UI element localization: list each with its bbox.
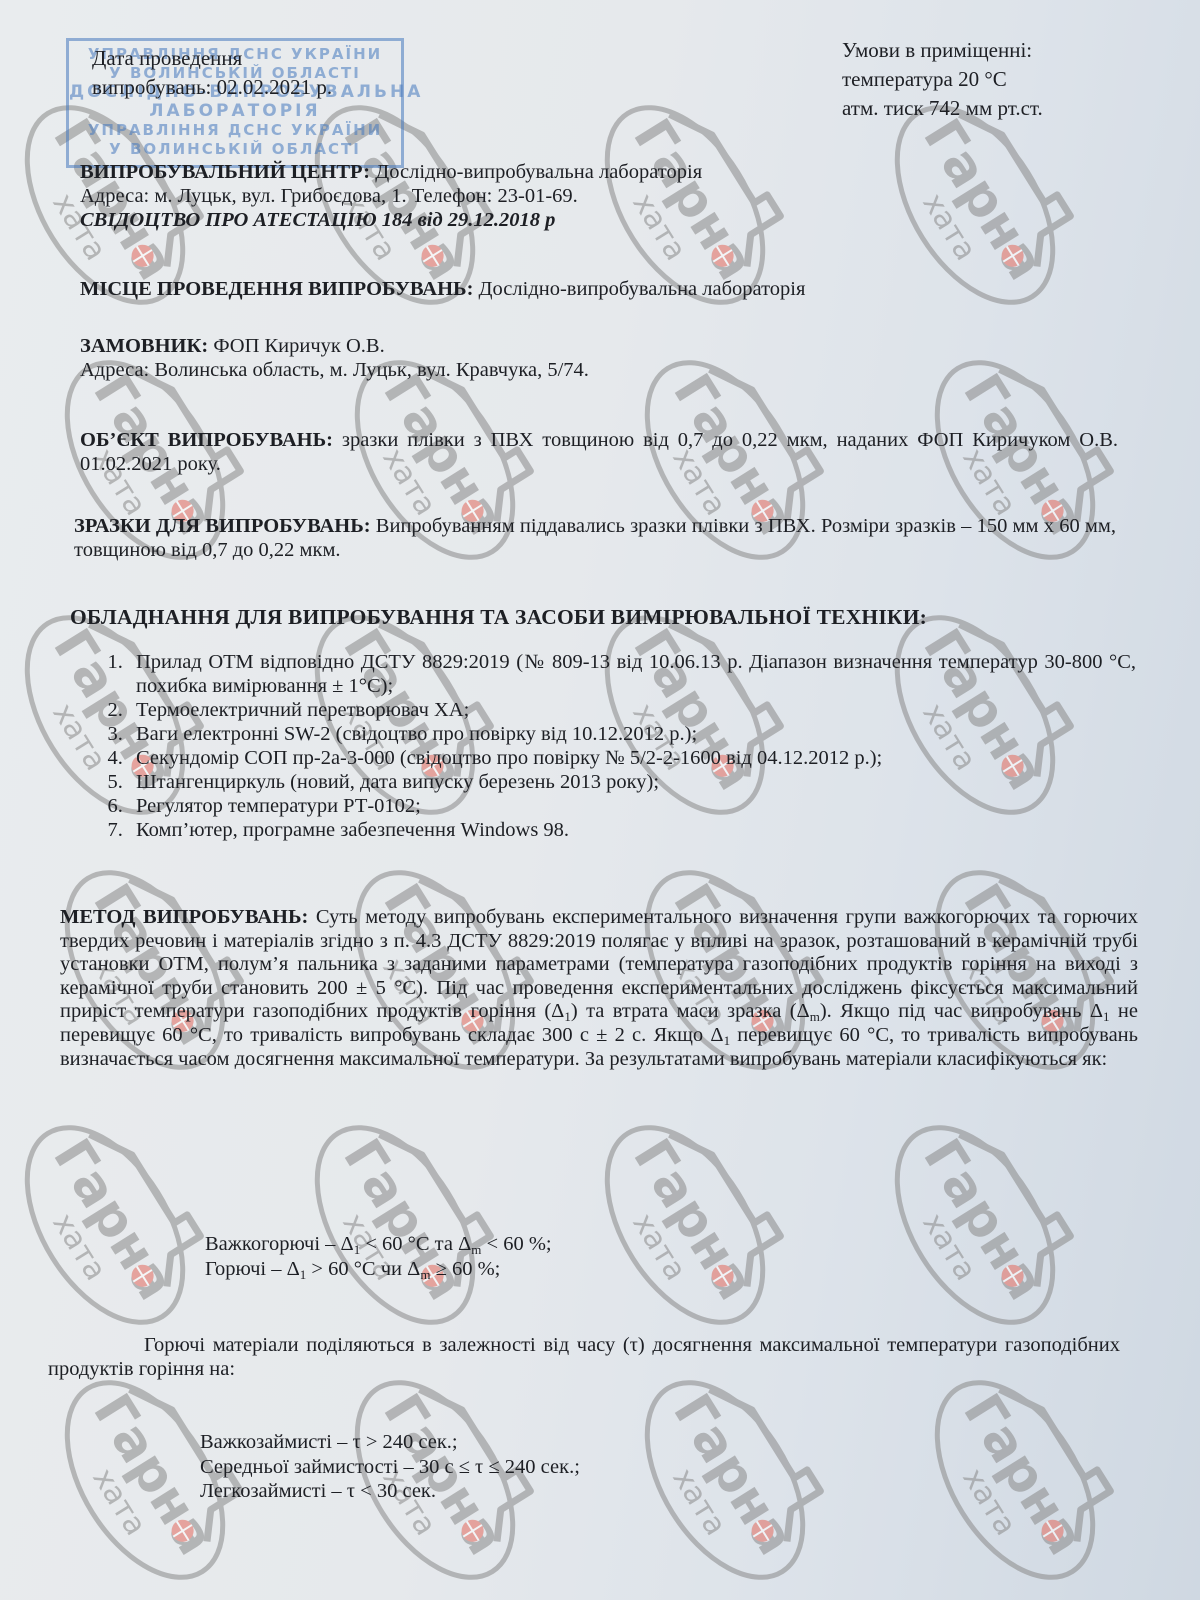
- conditions-pressure: атм. тиск 742 мм рт.ст.: [842, 94, 1043, 123]
- stamp-line: УПРАВЛІННЯ ДСНС УКРАЇНИ: [69, 121, 401, 140]
- test-place-label: МІСЦЕ ПРОВЕДЕННЯ ВИПРОБУВАНЬ:: [80, 278, 473, 300]
- customer-address: Адреса: Волинська область, м. Луцьк, вул…: [80, 358, 1118, 382]
- test-object-label: ОБ’ЄКТ ВИПРОБУВАНЬ:: [80, 429, 333, 451]
- flammability-item: Легкозаймисті – τ < 30 сек.: [200, 1479, 580, 1504]
- subscript: m: [810, 1009, 820, 1024]
- document-page: ГарнахатаГарнахатаГарнахатаГарнахатаГарн…: [0, 0, 1200, 1600]
- subscript: m: [420, 1267, 430, 1282]
- subscript: m: [471, 1242, 481, 1257]
- customer-value: ФОП Киричук О.В.: [208, 335, 385, 357]
- class-text: ≥ 60 %;: [430, 1258, 500, 1280]
- class-text: Горючі – Δ: [205, 1258, 300, 1280]
- flammability-intro: Горючі матеріали поділяються в залежност…: [48, 1333, 1120, 1381]
- samples-section: ЗРАЗКИ ДЛЯ ВИПРОБУВАНЬ: Випробуванням пі…: [74, 514, 1116, 562]
- stamp-line: У ВОЛИНСЬКІЙ ОБЛАСТІ: [69, 140, 401, 159]
- equipment-item: Штангенциркуль (новий, дата випуску бере…: [128, 770, 1136, 794]
- equipment-item: Ваги електронні SW-2 (свідоцтво про пові…: [128, 722, 1136, 746]
- class-text: > 60 °С чи Δ: [306, 1258, 420, 1280]
- flammability-item: Середньої займистості – 30 с ≤ τ ≤ 240 с…: [200, 1455, 580, 1480]
- test-date: Дата проведення випробувань: 02.02.2021 …: [92, 44, 332, 102]
- equipment-list: Прилад ОТМ відповідно ДСТУ 8829:2019 (№ …: [92, 650, 1136, 842]
- test-center-label: ВИПРОБУВАЛЬНИЙ ЦЕНТР:: [80, 161, 370, 183]
- customer-section: ЗАМОВНИК: ФОП Киричук О.В. Адреса: Волин…: [80, 334, 1118, 382]
- test-center-address: Адреса: м. Луцьк, вул. Грибоєдова, 1. Те…: [80, 184, 1118, 208]
- test-center-section: ВИПРОБУВАЛЬНИЙ ЦЕНТР: Дослідно-випробува…: [80, 160, 1118, 232]
- test-place-value: Дослідно-випробувальна лабораторія: [473, 278, 805, 300]
- conditions-title: Умови в приміщенні:: [842, 36, 1043, 65]
- class-text: < 60 °С та Δ: [360, 1233, 471, 1255]
- classification-item: Важкогорючі – Δ1 < 60 °С та Δm < 60 %;: [205, 1232, 552, 1257]
- room-conditions: Умови в приміщенні: температура 20 °С ат…: [842, 36, 1043, 123]
- equipment-item: Комп’ютер, програмне забезпечення Window…: [128, 818, 1136, 842]
- equipment-title: ОБЛАДНАННЯ ДЛЯ ВИПРОБУВАННЯ ТА ЗАСОБИ ВИ…: [70, 605, 927, 630]
- test-date-value: випробувань: 02.02.2021 р.: [92, 73, 332, 102]
- stamp-line: ЛАБОРАТОРІЯ: [69, 102, 401, 121]
- test-object-section: ОБ’ЄКТ ВИПРОБУВАНЬ: зразки плівки з ПВХ …: [80, 428, 1118, 476]
- equipment-item: Термоелектричний перетворювач ХА;: [128, 698, 1136, 722]
- equipment-item: Регулятор температури РТ-0102;: [128, 794, 1136, 818]
- conditions-temperature: температура 20 °С: [842, 65, 1043, 94]
- class-text: < 60 %;: [481, 1233, 551, 1255]
- method-section: МЕТОД ВИПРОБУВАНЬ: Суть методу випробува…: [60, 906, 1138, 1071]
- samples-label: ЗРАЗКИ ДЛЯ ВИПРОБУВАНЬ:: [74, 515, 371, 537]
- method-text: ). Якщо під час випробувань Δ: [820, 1000, 1103, 1022]
- equipment-item: Секундомір СОП пр-2а-3-000 (свідоцтво пр…: [128, 746, 1136, 770]
- document-content: УПРАВЛІННЯ ДСНС УКРАЇНИУ ВОЛИНСЬКІЙ ОБЛА…: [0, 0, 1200, 1600]
- customer-label: ЗАМОВНИК:: [80, 335, 208, 357]
- classification-list: Важкогорючі – Δ1 < 60 °С та Δm < 60 %; Г…: [205, 1232, 552, 1281]
- flammability-list: Важкозаймисті – τ > 240 сек.; Середньої …: [200, 1430, 580, 1504]
- certificate: СВІДОЦТВО ПРО АТЕСТАЦІЮ 184 від 29.12.20…: [80, 208, 1118, 232]
- classification-item: Горючі – Δ1 > 60 °С чи Δm ≥ 60 %;: [205, 1257, 552, 1282]
- test-place-section: МІСЦЕ ПРОВЕДЕННЯ ВИПРОБУВАНЬ: Дослідно-в…: [80, 277, 1118, 301]
- equipment-item: Прилад ОТМ відповідно ДСТУ 8829:2019 (№ …: [128, 650, 1136, 698]
- class-text: Важкогорючі – Δ: [205, 1233, 354, 1255]
- method-label: МЕТОД ВИПРОБУВАНЬ:: [60, 906, 308, 928]
- method-text: ) та втрата маси зразка (Δ: [571, 1000, 810, 1022]
- flammability-item: Важкозаймисті – τ > 240 сек.;: [200, 1430, 580, 1455]
- test-date-label: Дата проведення: [92, 44, 332, 73]
- test-center-value: Дослідно-випробувальна лабораторія: [370, 161, 702, 183]
